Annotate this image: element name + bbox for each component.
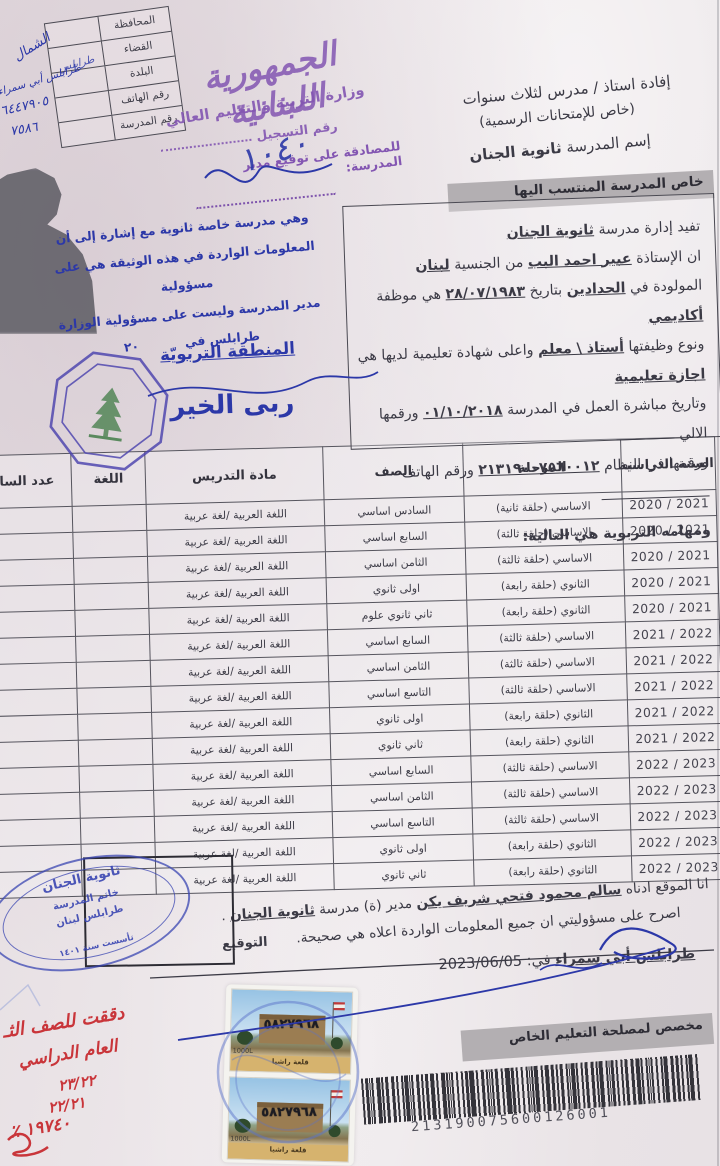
birthdate: ٢٨/٠٧/١٩٨٣ bbox=[445, 284, 525, 303]
table-cell bbox=[73, 530, 148, 558]
table-cell bbox=[0, 688, 78, 717]
table-cell: 2022 / 2023 bbox=[630, 801, 720, 829]
table-cell: 2021 / 2022 bbox=[627, 671, 720, 699]
table-cell: 2020 / 2021 bbox=[624, 567, 719, 595]
blank-field bbox=[616, 425, 674, 440]
table-cell: التاسع اساسي bbox=[329, 678, 470, 708]
stamp-serial: ٥٨٢٧٩٦٨ bbox=[229, 1104, 349, 1120]
employee-type: أكاديمي bbox=[648, 307, 703, 325]
table-cell bbox=[0, 584, 75, 613]
private-education-bar: مخصص لمصلحة التعليم الخاص bbox=[461, 1013, 715, 1062]
table-cell: ثاني ثانوي علوم bbox=[327, 600, 468, 630]
table-cell: الثامن اساسي bbox=[332, 782, 473, 812]
assignments-tbody: 2020 / 2021الاساسي (حلقة ثانية)السادس اس… bbox=[0, 489, 720, 899]
school-name-label: إسم المدرسة bbox=[566, 131, 652, 156]
lebanese-flag-icon bbox=[334, 1002, 345, 1010]
birthplace: الحدادين bbox=[566, 280, 625, 298]
table-cell bbox=[0, 792, 80, 821]
octagon-stamp-graphic bbox=[42, 344, 175, 477]
stamp-denomination: 1000L bbox=[233, 1046, 253, 1055]
table-cell bbox=[0, 506, 73, 535]
fiscal-stamp: ٥٨٢٧٩٦٨ قلعة راشيا 1000L bbox=[227, 1076, 351, 1162]
table-cell: 2022 / 2023 bbox=[631, 827, 720, 855]
blue-corner-fragment bbox=[0, 985, 40, 1010]
handwritten-school-number: ٧٥٨٦ bbox=[9, 120, 39, 140]
col-subject: مادة التدريس bbox=[145, 447, 324, 505]
statement-line-6: ورقمها في النظام ٢١٣١٩٠٠٧٥٦٠٠١٢ ورقم اله… bbox=[358, 448, 710, 519]
table-cell: 2021 / 2022 bbox=[625, 619, 720, 647]
scanned-document: المحافظة القضاء البلدة رقم الهاتف رقم ال… bbox=[0, 0, 720, 1166]
table-cell bbox=[0, 610, 76, 639]
table-cell bbox=[79, 764, 154, 792]
red-note-3: ٢٣/٢٢ bbox=[57, 1071, 97, 1095]
table-cell bbox=[72, 504, 147, 532]
stamp-caption: قلعة راشيا bbox=[228, 1142, 348, 1161]
system-number: ٢١٣١٩٠٠٧٥٦٠٠١٢ bbox=[478, 458, 600, 478]
form-subtitle: (خاص للإمتحانات الرسمية) bbox=[479, 101, 636, 131]
stamp-caption: قلعة راشيا bbox=[230, 1054, 350, 1073]
table-cell bbox=[74, 582, 149, 610]
stamp-serial: ٥٨٢٧٩٦٨ bbox=[231, 1016, 351, 1032]
table-cell: 2021 / 2022 bbox=[628, 723, 720, 751]
nationality: لبنان bbox=[415, 257, 450, 274]
ministry-octagon-stamp bbox=[42, 344, 175, 477]
table-cell bbox=[78, 738, 153, 766]
teacher-name: عبير احمد البب bbox=[528, 250, 632, 270]
table-cell: 2021 / 2022 bbox=[626, 645, 720, 673]
table-cell: 2022 / 2023 bbox=[629, 749, 720, 777]
statement-school-name: ثانوية الجنان bbox=[506, 222, 594, 241]
table-cell: السابع اساسي bbox=[331, 756, 472, 786]
job-title: أستاذ \ معلم bbox=[538, 339, 624, 358]
table-cell bbox=[76, 634, 151, 662]
table-cell: ثاني ثانوي bbox=[334, 860, 475, 890]
degree: اجازة تعليمية bbox=[614, 366, 705, 385]
table-cell: الثانوي (حلقة رابعة) bbox=[474, 856, 633, 886]
school-name-value: ثانوية الجنان bbox=[469, 139, 563, 165]
declaration-date: 2023/06/05 bbox=[438, 954, 522, 974]
teacher-statement-box: تفيد إدارة مدرسة ثانوية الجنان ان الإستا… bbox=[342, 193, 720, 450]
handwritten-phone: ٦٤٤٧٩٠٥ bbox=[0, 94, 50, 120]
table-cell: ثاني ثانوي bbox=[330, 730, 471, 760]
table-cell: 2020 / 2021 bbox=[625, 593, 720, 621]
cedar-icon bbox=[90, 385, 127, 438]
district-officer-name: ربى الخير bbox=[170, 388, 295, 422]
blank-field bbox=[601, 483, 709, 500]
table-cell: الثامن اساسي bbox=[328, 652, 469, 682]
lebanese-flag-icon bbox=[331, 1090, 342, 1098]
red-note-1: دققت للصف الثـ bbox=[1, 1003, 126, 1043]
form-title: إفادة استاذ / مدرس لثلاث سنوات bbox=[462, 72, 671, 108]
table-cell bbox=[0, 558, 74, 587]
fiscal-stamps-block: ٥٨٢٧٩٦٨ قلعة راشيا 1000L ٥٨٢٧٩٦٨ قلعة را… bbox=[222, 984, 359, 1165]
table-cell bbox=[80, 816, 155, 844]
page-edge-shadow bbox=[717, 0, 719, 1166]
place-name: طرابلس أبي سمراء bbox=[555, 946, 696, 968]
table-cell bbox=[0, 662, 77, 691]
table-cell bbox=[80, 790, 155, 818]
school-name-line: إسم المدرسة ثانوية الجنان bbox=[469, 131, 652, 165]
table-cell bbox=[75, 608, 150, 636]
fiscal-stamp: ٥٨٢٧٩٦٨ قلعة راشيا 1000L bbox=[229, 988, 353, 1074]
table-cell: 2022 / 2023 bbox=[629, 775, 720, 803]
table-cell: السابع اساسي bbox=[327, 626, 468, 656]
table-cell bbox=[0, 714, 78, 743]
red-note-2: العام الدراسي bbox=[17, 1036, 119, 1071]
stamp-denomination: 1000L bbox=[230, 1134, 250, 1143]
table-cell bbox=[0, 740, 79, 769]
table-cell: اولى ثانوي bbox=[329, 704, 470, 734]
red-note-5: ١٩٧٤٠ ٪ bbox=[9, 1113, 72, 1142]
table-cell bbox=[0, 532, 73, 561]
table-cell bbox=[0, 766, 80, 795]
place-date-line: طرابلس أبي سمراء في: 2023/06/05 bbox=[438, 946, 695, 973]
table-cell bbox=[78, 712, 153, 740]
table-cell bbox=[0, 818, 81, 847]
table-cell: اولى ثانوي bbox=[333, 834, 474, 864]
table-cell: التاسع اساسي bbox=[332, 808, 473, 838]
declaration-school-name: ثانوية الجنان bbox=[229, 902, 315, 924]
table-cell bbox=[77, 686, 152, 714]
table-cell bbox=[0, 636, 76, 665]
employment-start-date: ٠١/١٠/٢٠١٨ bbox=[423, 403, 503, 422]
in-label: في: bbox=[527, 952, 552, 969]
table-cell bbox=[73, 556, 148, 584]
table-cell: 2021 / 2022 bbox=[627, 697, 720, 725]
table-cell: اولى ثانوي bbox=[326, 574, 467, 604]
table-cell bbox=[76, 660, 151, 688]
